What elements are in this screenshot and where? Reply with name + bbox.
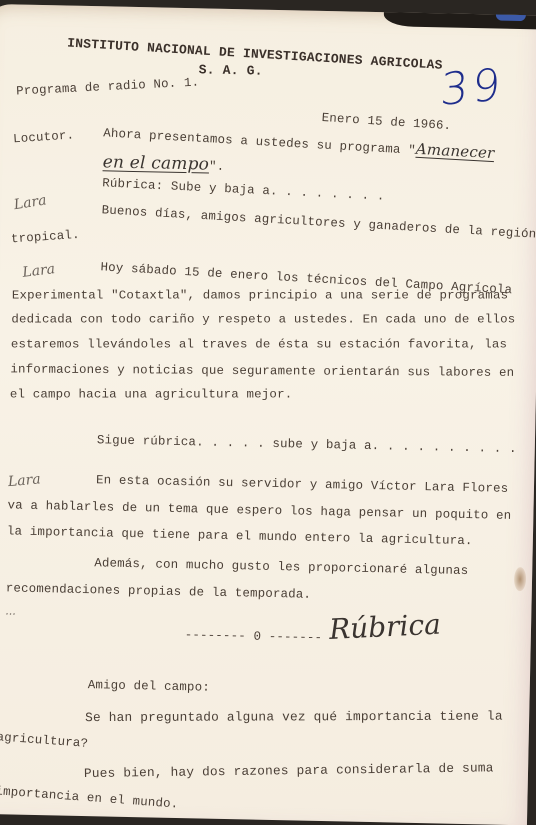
program-name-line: en el campo". — [102, 152, 224, 175]
paragraph-1-line-5: informaciones y noticias que seguramente… — [10, 362, 514, 380]
rubrica-instruction-1: Rúbrica: Sube y baja a. . . . . . . . — [102, 176, 385, 203]
greeting-line-1: Buenos días, amigos agricultores y ganad… — [101, 203, 536, 241]
paragraph-5-line-1: Pues bien, hay dos razones para consider… — [84, 760, 494, 781]
program-name-close: ". — [209, 160, 225, 174]
agency-heading: S. A. G. — [199, 62, 263, 78]
paragraph-3-line-2: recomendaciones propias de la temporada. — [6, 581, 312, 601]
paragraph-2-line-1: En esta ocasión su servidor y amigo Víct… — [96, 473, 509, 496]
paragraph-3-line-1: Además, con mucho gusto les proporcionar… — [94, 556, 468, 578]
section-separator: -------- 0 ------- — [185, 628, 323, 645]
paragraph-4-line-2: agricultura? — [0, 730, 89, 751]
paragraph-1-line-4: estaremos llevándoles al traves de ésta … — [11, 337, 507, 351]
margin-note-1: Lara — [13, 192, 48, 213]
paragraph-2-line-3: la importancia que tiene para el mundo e… — [7, 524, 473, 548]
paragraph-4-line-1: Se han preguntado alguna vez qué importa… — [85, 709, 503, 725]
speaker-label: Locutor. — [13, 128, 75, 146]
paragraph-2-line-2: va a hablarles de un tema que espero los… — [7, 498, 511, 523]
handwritten-program-name-1: Amanecer — [415, 140, 494, 162]
date-line: Enero 15 de 1966. — [321, 111, 451, 133]
greeting-line-2: tropical. — [11, 228, 81, 247]
paragraph-1-line-2: Experimental "Cotaxtla", damos principio… — [12, 288, 508, 302]
rubrica-instruction-2: Sigue rúbrica. . . . . sube y baja a. . … — [97, 433, 517, 456]
document-page: INSTITUTO NACIONAL DE INVESTIGACIONES AG… — [0, 4, 536, 800]
scan-corner-object — [496, 15, 526, 22]
salutation: Amigo del campo: — [88, 678, 210, 695]
handwritten-page-number: 39 — [439, 59, 506, 116]
handwritten-program-name-2: en el campo — [102, 152, 209, 174]
handwritten-rubrica: Rúbrica — [328, 608, 441, 646]
margin-note-3: Lara — [7, 471, 41, 490]
margin-note-2: Lara — [22, 261, 56, 281]
paper-stain — [514, 567, 527, 591]
paragraph-5-line-2: importancia en el mundo. — [0, 784, 179, 800]
paragraph-1-line-6: el campo hacia una agricultura mejor. — [10, 387, 293, 401]
program-line: Programa de radio No. 1. — [16, 76, 200, 99]
margin-note-4: ... — [5, 604, 16, 617]
paragraph-1-line-3: dedicada con todo cariño y respeto a ust… — [11, 312, 515, 326]
